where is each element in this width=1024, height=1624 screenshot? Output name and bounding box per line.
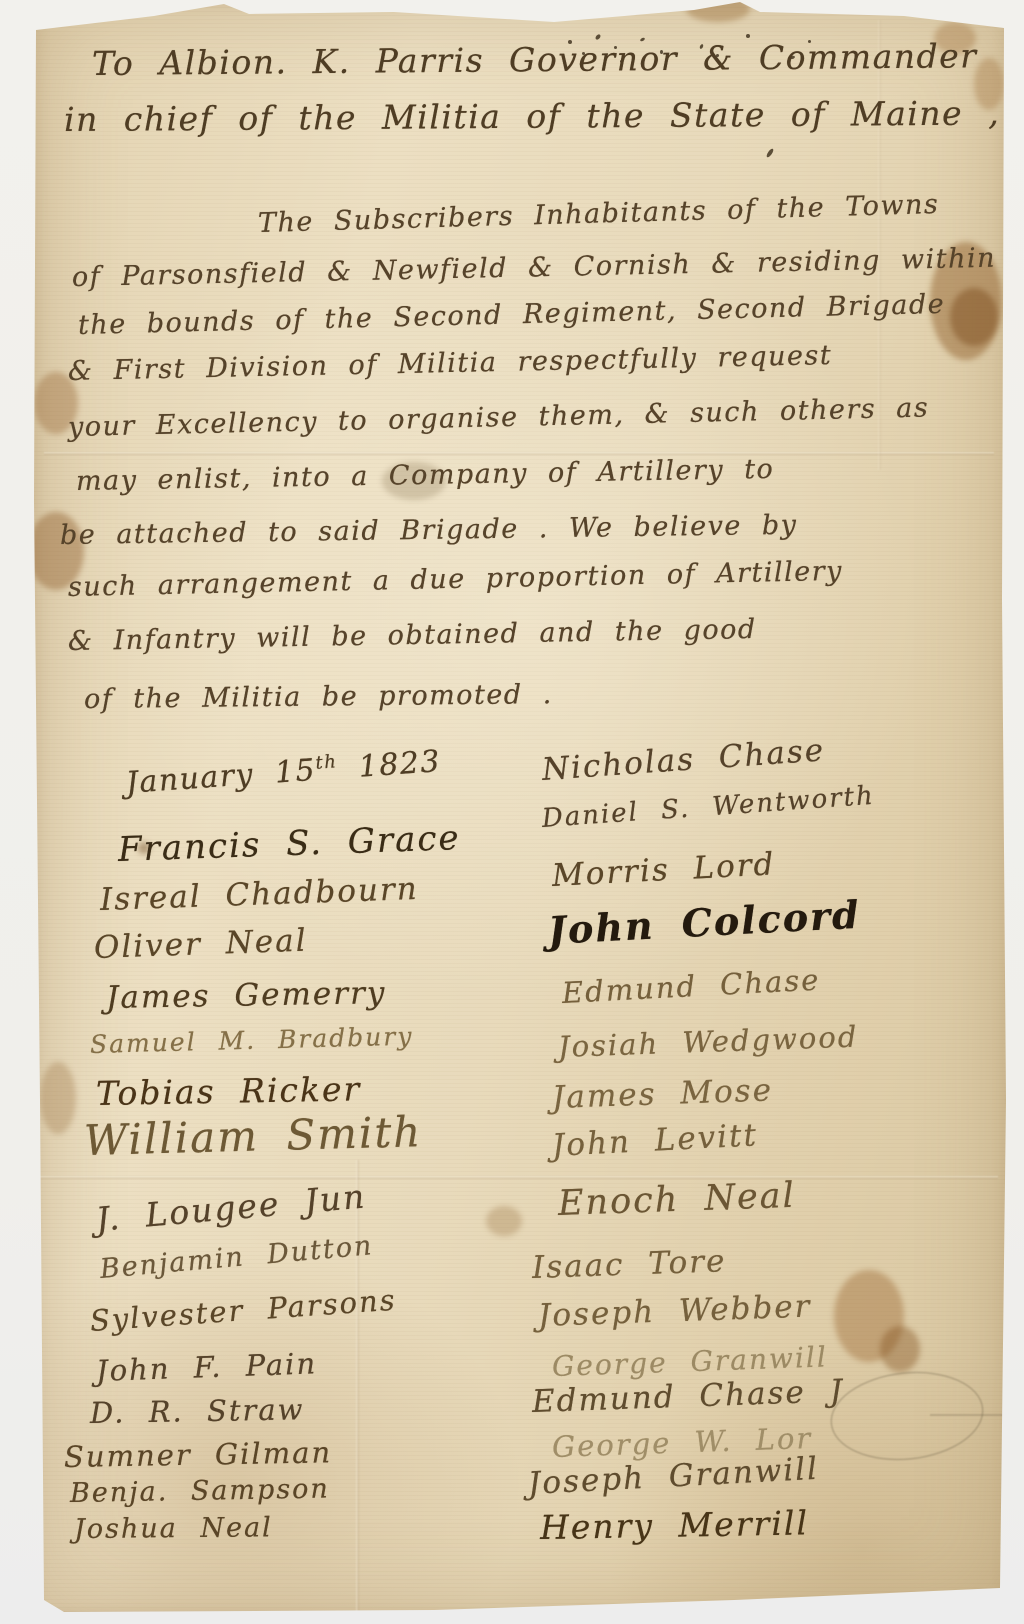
date-line: January 15th 1823 [125,744,442,801]
body-line: & Infantry will be obtained and the good [68,614,757,657]
signature: Joseph Webber [537,1288,812,1334]
body-line: & First Division of Militia respectfully… [68,340,833,387]
body-line: of the Militia be promoted . [84,679,553,715]
salutation-line: To Albion. K. Parris Governor & Commande… [92,36,978,83]
signature: John F. Pain [95,1346,317,1388]
signature: Josiah Wedgwood [557,1020,858,1064]
signature: John Colcord [547,892,862,953]
signature: James Mose [551,1072,773,1116]
date-prefix: January 15 [125,753,317,801]
body-line: the bounds of the Second Regiment, Secon… [78,289,946,341]
salutation-line: in chief of the Militia of the State of … [64,93,1000,139]
body-line: of Parsonsfield & Newfield & Cornish & r… [72,243,997,293]
signature: J. Lougee Jun [94,1176,367,1238]
signature: D. R. Straw [90,1392,305,1430]
date-superscript: th [315,751,338,773]
signature: Henry Merrill [540,1503,810,1547]
signature: Isreal Chadbourn [99,871,419,918]
signature: Edmund Chase [561,962,821,1009]
signature: Joshua Neal [74,1512,273,1545]
signature: Tobias Ricker [96,1069,362,1113]
date-year: 1823 [358,744,443,785]
scanned-document: To Albion. K. Parris Governor & Commande… [0,0,1024,1624]
body-line: The Subscribers Inhabitants of the Towns [258,189,940,239]
body-line: your Excellency to organise them, & such… [68,392,930,443]
signature: Sumner Gilman [64,1435,333,1474]
signature: John Levitt [551,1117,759,1164]
body-line: such arrangement a due proportion of Art… [68,556,844,603]
signature: Benjamin Dutton [99,1230,375,1285]
manuscript-text: To Albion. K. Parris Governor & Commande… [0,0,1024,1624]
signature: Samuel M. Bradbury [90,1022,414,1059]
signature: Benja. Sampson [70,1473,330,1509]
signature: Enoch Neal [557,1176,796,1224]
signature: James Gemerry [106,975,387,1016]
signature: Oliver Neal [93,923,308,966]
signature: Daniel S. Wentworth [541,781,876,834]
signature: William Smith [83,1107,423,1165]
signature: Morris Lord [551,846,776,894]
signature: Nicholas Chase [541,732,826,788]
signature: Francis S. Grace [117,818,461,870]
signature: Sylvester Parsons [89,1283,398,1338]
body-line: be attached to said Brigade . We believe… [60,510,798,551]
body-line: may enlist, into a Company of Artillery … [76,454,775,497]
signature: Isaac Tore [531,1243,727,1286]
